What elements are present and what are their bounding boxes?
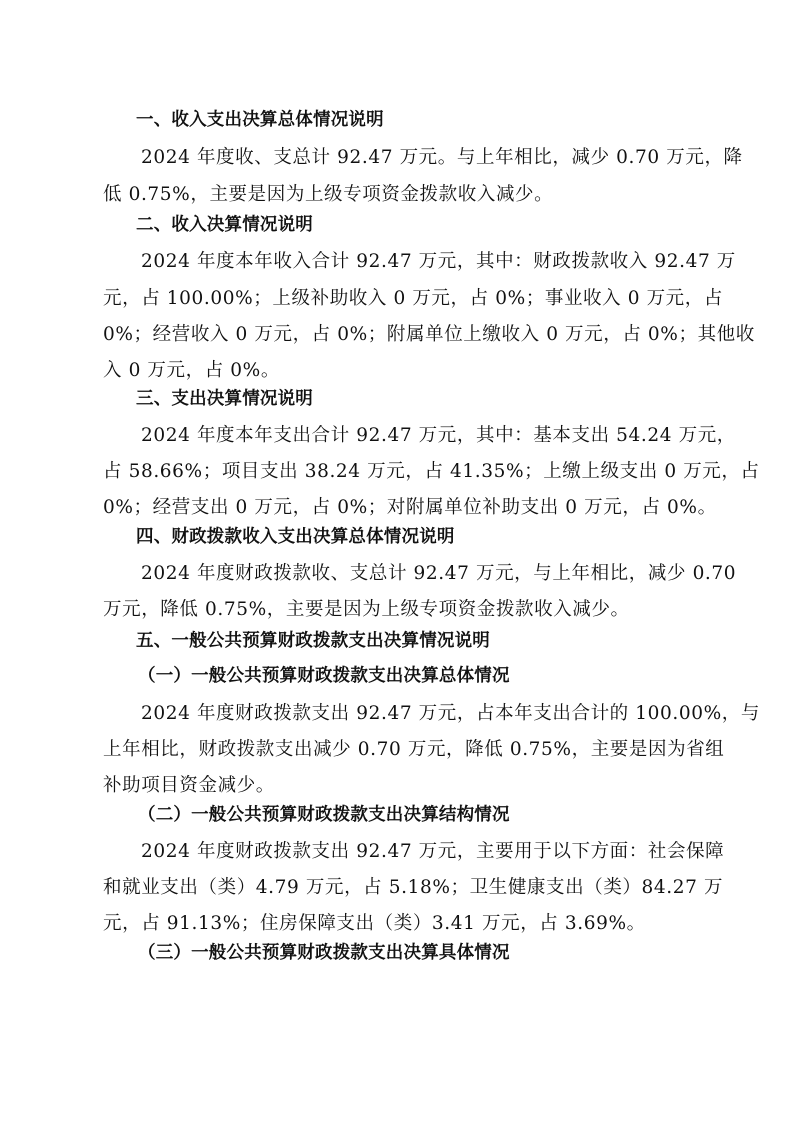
section-heading-1: 一、收入支出决算总体情况说明 — [136, 108, 384, 132]
paragraph-line: 2024 年度财政拨款支出 92.47 万元，占本年支出合计的 100.00%，… — [141, 702, 694, 726]
paragraph-line: 0%；经营收入 0 万元，占 0%；附属单位上缴收入 0 万元，占 0%；其他收 — [103, 323, 694, 347]
subsection-heading-5-3: （三）一般公共预算财政拨款支出决算具体情况 — [138, 941, 510, 965]
paragraph-line: 和就业支出（类）4.79 万元，占 5.18%；卫生健康支出（类）84.27 万 — [103, 876, 694, 900]
paragraph-line: 占 58.66%；项目支出 38.24 万元，占 41.35%；上缴上级支出 0… — [103, 460, 694, 484]
paragraph-line: 万元，降低 0.75%，主要是因为上级专项资金拨款收入减少。 — [103, 598, 630, 622]
subsection-heading-5-2: （二）一般公共预算财政拨款支出决算结构情况 — [138, 803, 510, 827]
paragraph-line: 2024 年度财政拨款收、支总计 92.47 万元，与上年相比，减少 0.70 — [141, 562, 694, 586]
paragraph-line: 元，占 100.00%；上级补助收入 0 万元，占 0%；事业收入 0 万元，占 — [103, 287, 694, 311]
paragraph-line: 入 0 万元，占 0%。 — [103, 359, 280, 383]
paragraph-line: 2024 年度收、支总计 92.47 万元。与上年相比，减少 0.70 万元，降 — [141, 146, 694, 170]
paragraph-line: 2024 年度本年收入合计 92.47 万元，其中：财政拨款收入 92.47 万 — [141, 250, 694, 274]
section-heading-2: 二、收入决算情况说明 — [136, 213, 313, 237]
section-heading-3: 三、支出决算情况说明 — [136, 387, 313, 411]
paragraph-line: 上年相比，财政拨款支出减少 0.70 万元，降低 0.75%，主要是因为省组 — [103, 738, 694, 762]
document-page: 一、收入支出决算总体情况说明 2024 年度收、支总计 92.47 万元。与上年… — [0, 0, 793, 1122]
paragraph-line: 2024 年度本年支出合计 92.47 万元，其中：基本支出 54.24 万元， — [141, 424, 694, 448]
paragraph-line: 元，占 91.13%；住房保障支出（类）3.41 万元，占 3.69%。 — [103, 912, 646, 936]
paragraph-line: 0%；经营支出 0 万元，占 0%；对附属单位补助支出 0 万元，占 0%。 — [103, 496, 717, 520]
section-heading-5: 五、一般公共预算财政拨款支出决算情况说明 — [136, 629, 490, 653]
subsection-heading-5-1: （一）一般公共预算财政拨款支出决算总体情况 — [138, 664, 510, 688]
paragraph-line: 低 0.75%，主要是因为上级专项资金拨款收入减少。 — [103, 183, 553, 207]
section-heading-4: 四、财政拨款收入支出决算总体情况说明 — [136, 525, 455, 549]
paragraph-line: 2024 年度财政拨款支出 92.47 万元，主要用于以下方面：社会保障 — [141, 840, 694, 864]
paragraph-line: 补助项目资金减少。 — [103, 774, 275, 798]
